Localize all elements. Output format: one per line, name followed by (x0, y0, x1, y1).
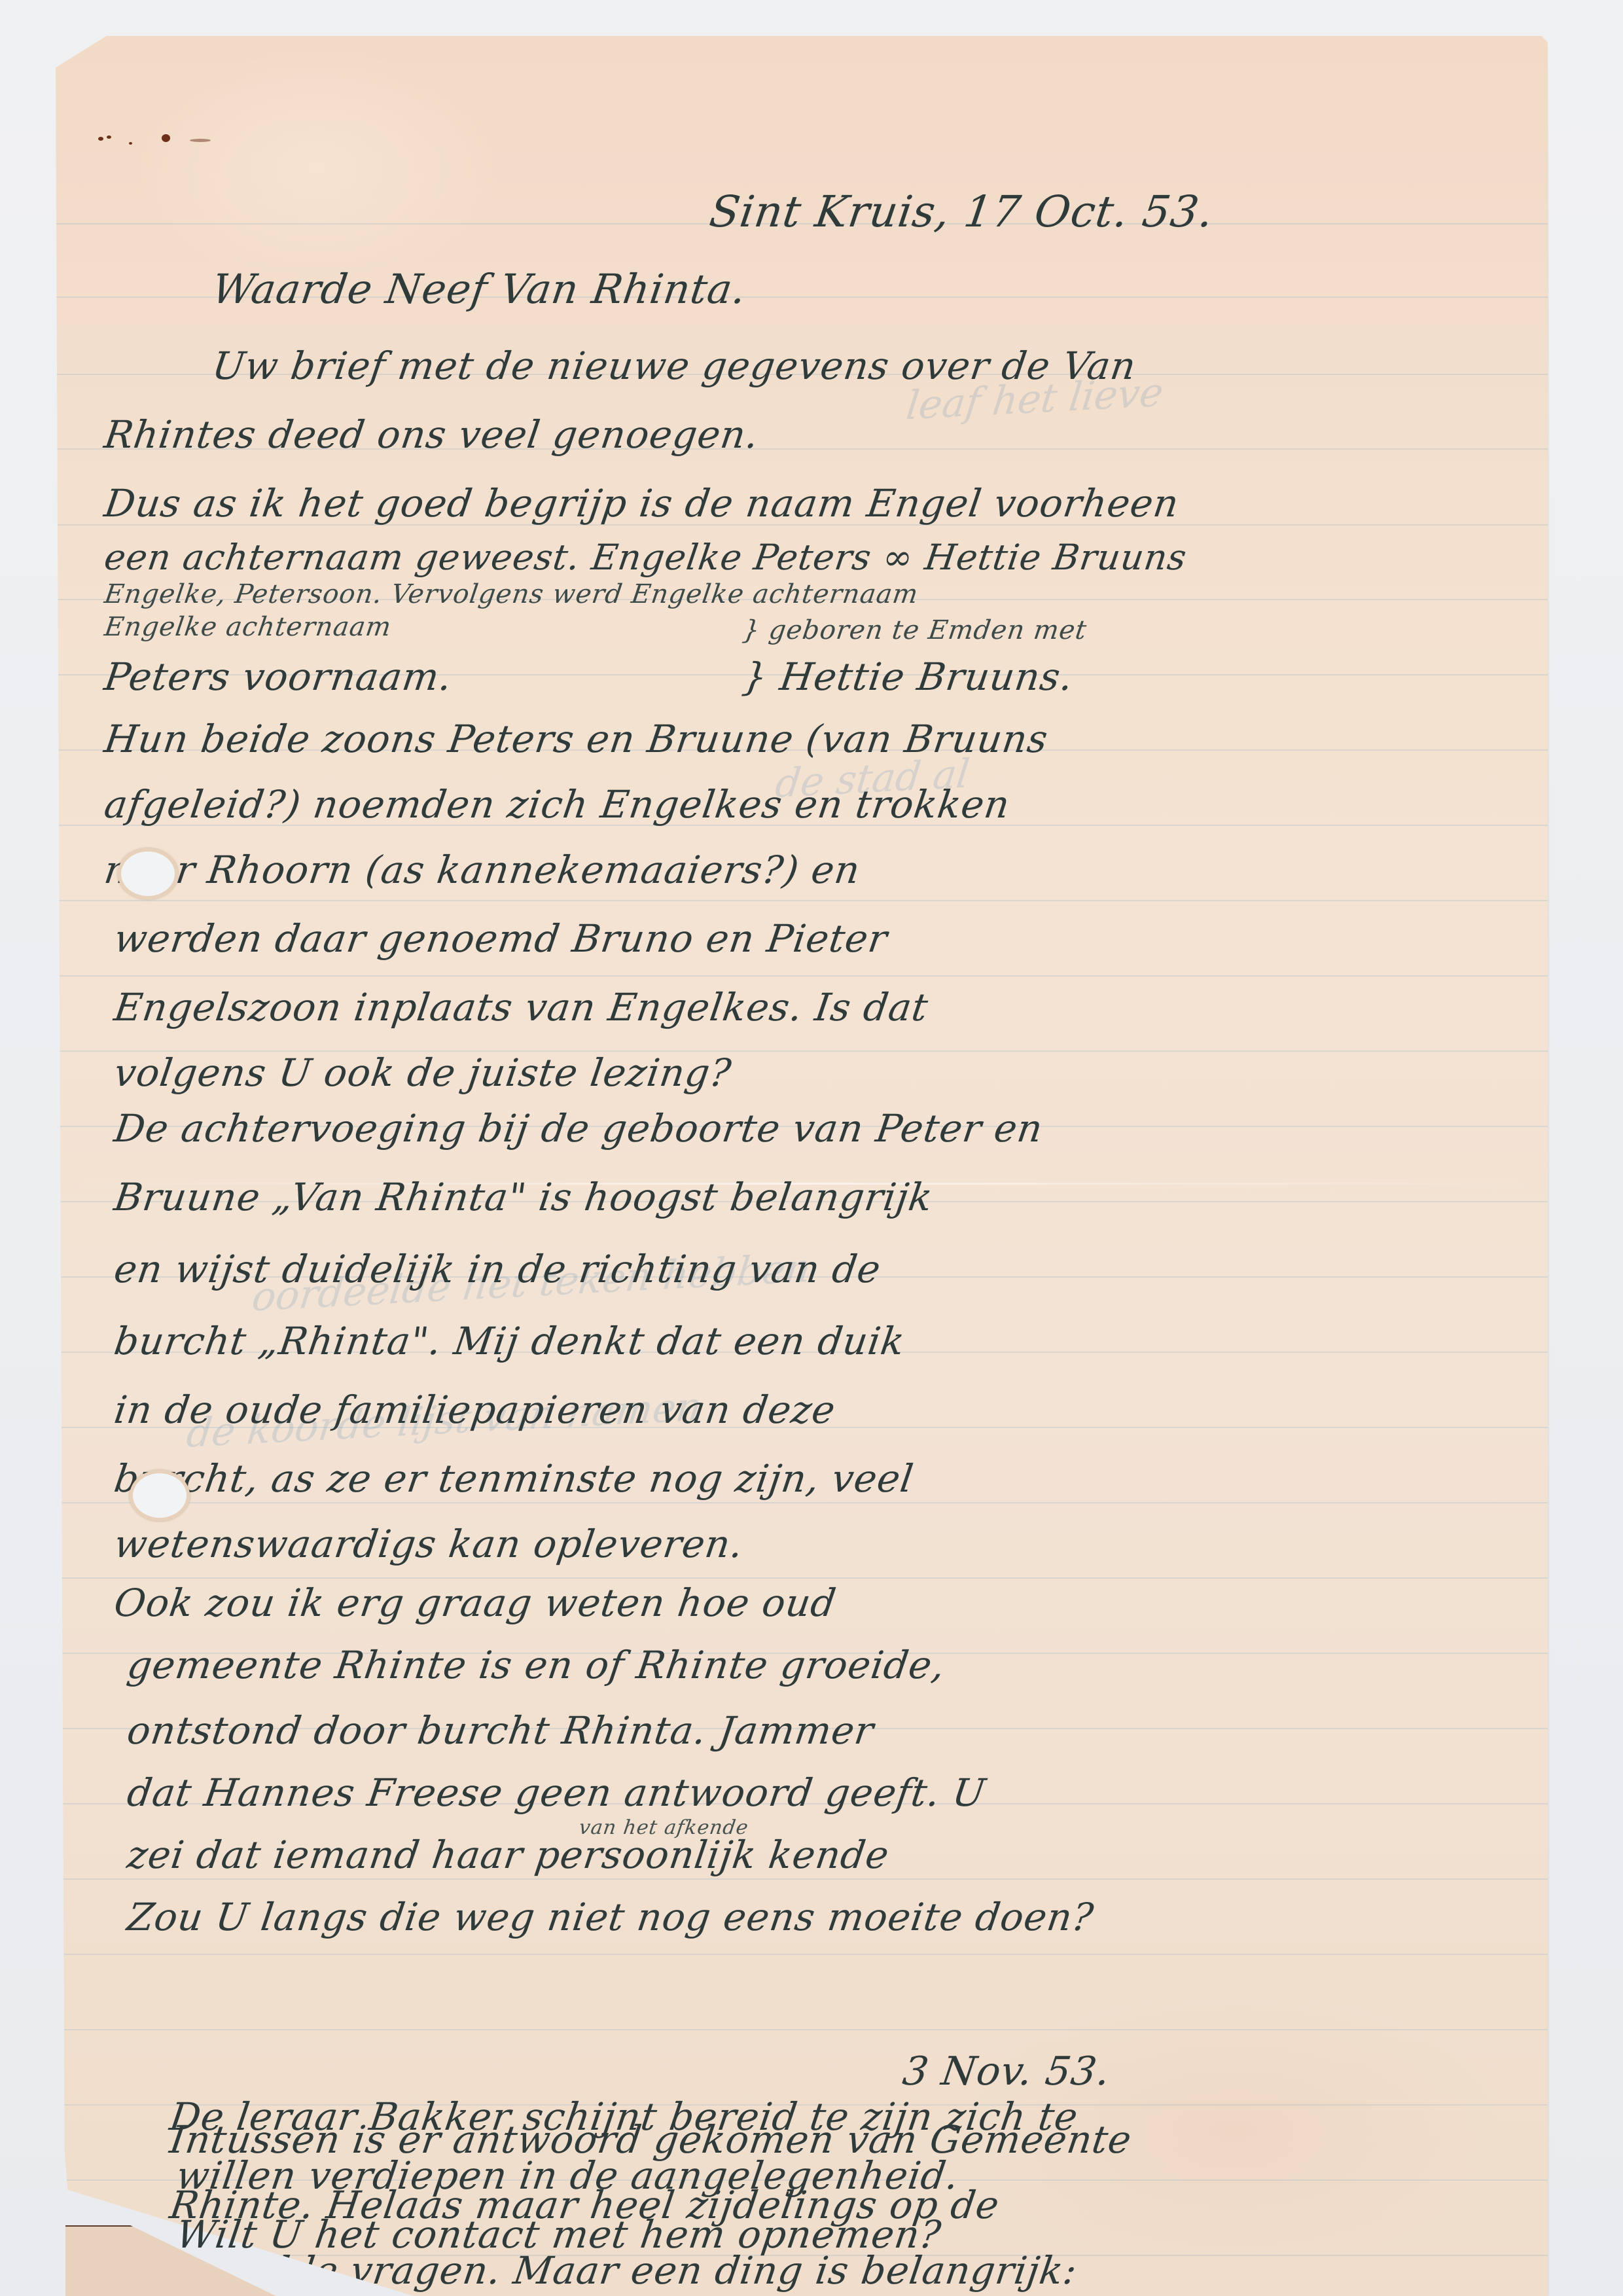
body-line: dat Hannes Freese geen antwoord geeft. U (124, 1770, 988, 1815)
postscript-line: Wilt U het contact met hem opnemen? (173, 2212, 944, 2257)
punch-hole (130, 1470, 190, 1521)
body-line: Ook zou ik erg graag weten hoe oud (111, 1581, 839, 1625)
postscript-line: De leraar Bakker schijnt bereid te zijn … (167, 2094, 1081, 2139)
body-line: Bruune „Van Rhinta" is hoogst belangrijk (111, 1175, 936, 1219)
body-line: De achtervoeging bij de geboorte van Pet… (111, 1106, 1046, 1151)
postscript-line: willen verdiepen in de aangelegenheid. (173, 2153, 962, 2198)
ruled-line (56, 900, 1548, 901)
body-line: Rhintes deed ons veel genoegen. (101, 412, 762, 457)
rust-spot (190, 139, 211, 142)
body-line: Engelke, Petersoon. Vervolgens werd Enge… (103, 579, 920, 609)
body-line: en wijst duidelijk in de richting van de (111, 1247, 883, 1291)
body-line: burcht „Rhinta". Mij denkt dat een duik (111, 1319, 908, 1363)
letter-paper: leaf het lieve de stad al oordeelde het … (56, 36, 1548, 2296)
body-line: afgeleid?) noemden zich Engelkes en trok… (101, 782, 1012, 827)
body-line: Hun beide zoons Peters en Bruune (van Br… (101, 717, 1051, 761)
body-line: ontstond door burcht Rhinta. Jammer (124, 1708, 877, 1753)
body-line: een achternaam geweest. Engelke Peters ∞… (102, 537, 1190, 578)
body-line: burcht, as ze er tenminste nog zijn, vee… (111, 1456, 916, 1501)
ruled-line (56, 2029, 1548, 2030)
rust-spot (129, 142, 132, 145)
rust-spot (98, 137, 103, 141)
body-line: Peters voornaam. (101, 655, 455, 699)
postscript-date: 3 Nov. 53. (900, 2049, 1113, 2094)
body-line: gemeente Rhinte is en of Rhinte groeide, (124, 1643, 948, 1687)
body-line: } geboren te Emden met (741, 615, 1089, 645)
body-line: } Hettie Bruuns. (740, 655, 1076, 699)
salutation: Waarde Neef Van Rhinta. (209, 265, 749, 313)
body-line: Uw brief met de nieuwe gegevens over de … (209, 344, 1139, 388)
ruled-line (56, 1577, 1548, 1579)
body-line: zei dat iemand haar persoonlijk kende (124, 1833, 892, 1877)
ruled-line (56, 1502, 1548, 1503)
ruled-line (56, 975, 1548, 977)
ruled-line (56, 1878, 1548, 1880)
ruled-line (56, 1954, 1548, 1955)
place-date: Sint Kruis, 17 Oct. 53. (707, 187, 1217, 237)
body-line: Engelke achternaam (103, 612, 393, 642)
body-line: in de oude familiepapieren van deze (111, 1388, 838, 1432)
body-line: Zou U langs die weg niet nog eens moeite… (124, 1895, 1096, 1939)
body-line: volgens U ook de juiste lezing? (111, 1050, 734, 1095)
body-line: Dus as ik het goed begrijp is de naam En… (101, 481, 1182, 526)
rust-spot (162, 134, 170, 142)
body-line: Engelszoon inplaats van Engelkes. Is dat (111, 985, 931, 1030)
rust-spot (107, 135, 111, 139)
body-line: werden daar genoemd Bruno en Pieter (111, 916, 890, 961)
body-line: naar Rhoorn (as kannekemaaiers?) en (101, 848, 863, 892)
punch-hole (118, 848, 178, 899)
body-line: wetenswaardigs kan opleveren. (111, 1522, 746, 1566)
